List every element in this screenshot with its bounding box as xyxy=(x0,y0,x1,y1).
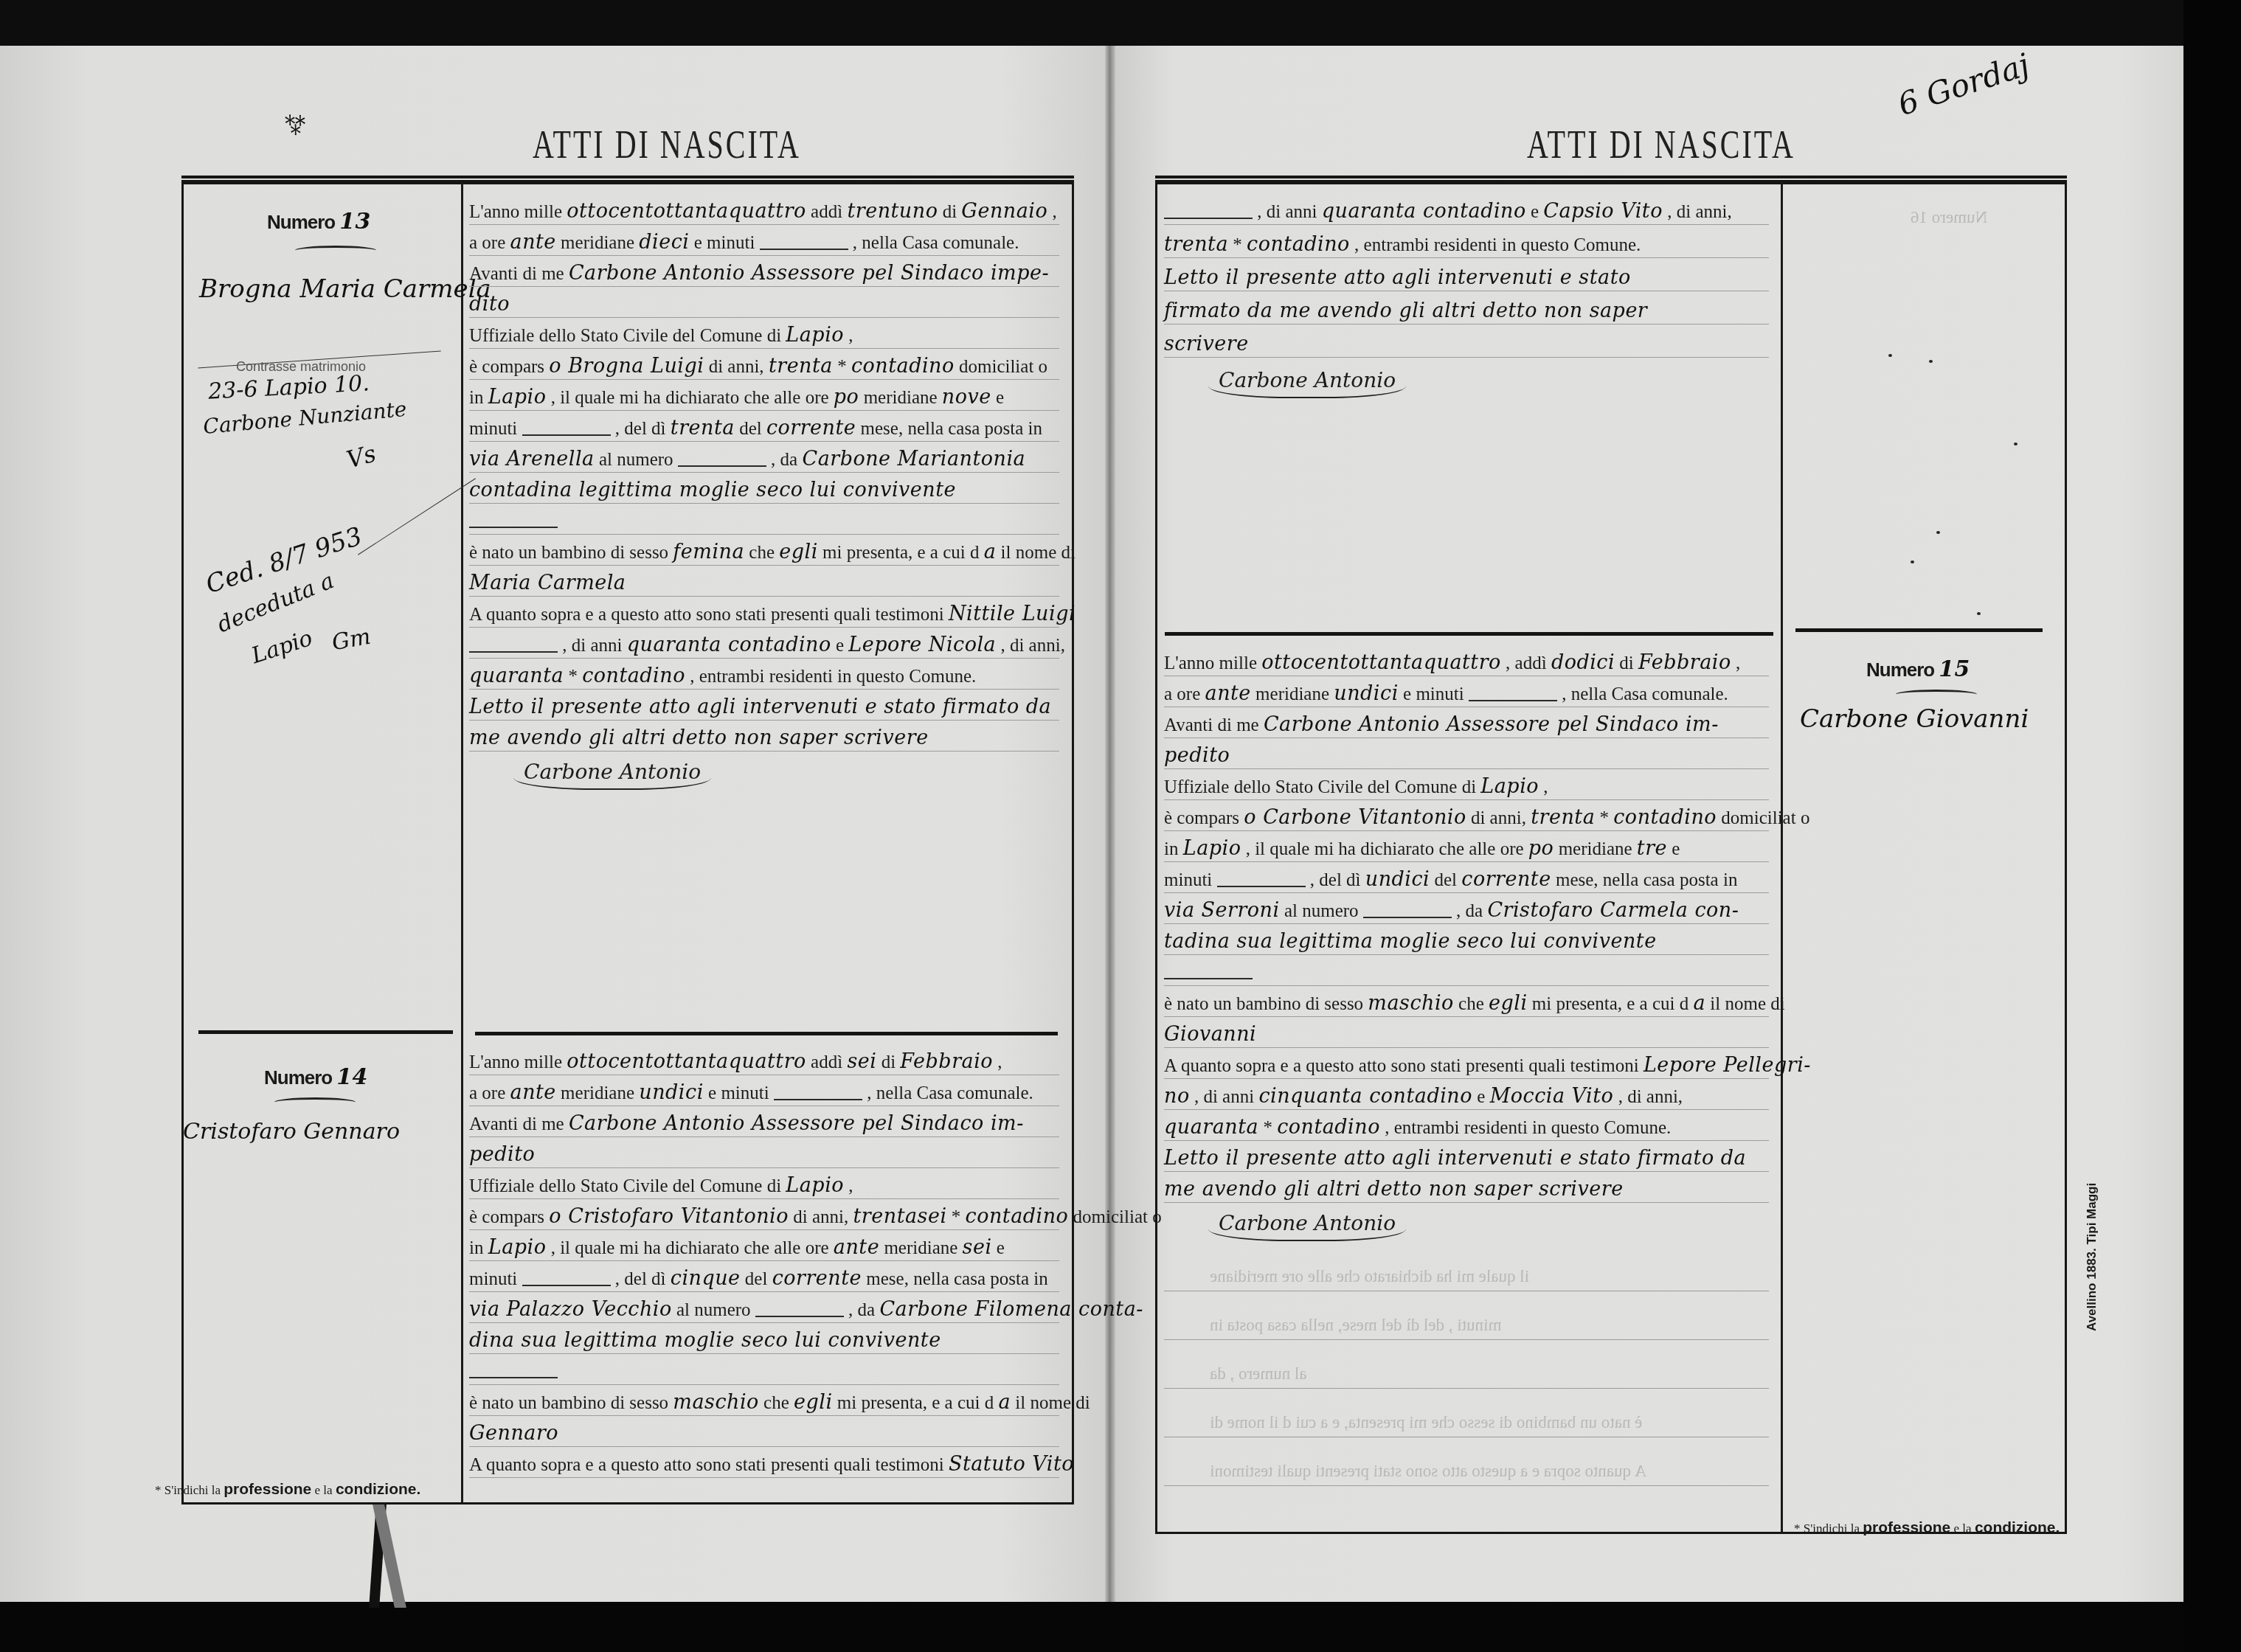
printed-text: mese, nella casa posta in xyxy=(1556,870,1737,890)
form-line: me avendo gli altri detto non saper scri… xyxy=(1164,1179,1624,1201)
printed-text: * xyxy=(952,1207,961,1227)
ruled-line xyxy=(469,1384,1059,1385)
form-line: via Arenella al numero , da Carbone Mari… xyxy=(469,448,1025,471)
handwritten-entry: tre xyxy=(1637,837,1667,860)
printed-text: , xyxy=(848,326,853,346)
handwritten-entry: Letto il presente atto agli intervenuti … xyxy=(469,695,1051,718)
printed-text: e xyxy=(836,636,844,656)
printed-text: meridiane xyxy=(561,233,634,253)
handwritten-entry xyxy=(469,516,558,528)
ruled-line xyxy=(1164,1202,1769,1203)
form-line: a ore ante meridiane undici e minuti , n… xyxy=(1164,683,1728,706)
form-line: a ore ante meridiane undici e minuti , n… xyxy=(469,1082,1033,1105)
form-line: pedito xyxy=(469,1144,535,1167)
handwritten-entry: quaranta contadino xyxy=(1322,200,1526,223)
printer-imprint: Avellino 1883. Tipi Maggi xyxy=(2085,1183,2099,1331)
printed-text: in xyxy=(469,1238,483,1258)
printed-text: è nato un bambino di sesso xyxy=(1164,994,1363,1014)
handwritten-entry: undici xyxy=(1334,682,1398,705)
handwritten-entry xyxy=(678,455,766,467)
printed-text: è compars xyxy=(469,1207,544,1227)
printed-text: di xyxy=(943,202,957,222)
printed-text: , del dì xyxy=(1310,870,1361,890)
printed-text: A quanto sopra e a questo atto sono stat… xyxy=(469,605,944,625)
form-line: in Lapio , il quale mi ha dichiarato che… xyxy=(469,1237,1005,1260)
printed-text: è nato un bambino di sesso xyxy=(469,543,668,563)
printed-text: domiciliat o xyxy=(1073,1207,1162,1227)
printed-text: al numero xyxy=(1284,901,1359,921)
handwritten-entry: ante xyxy=(510,231,556,254)
handwritten-entry: dieci xyxy=(639,231,689,254)
ruled-line xyxy=(1164,1047,1769,1048)
printed-text: , xyxy=(1052,202,1056,222)
ruled-line xyxy=(1164,257,1769,258)
printed-text: , da xyxy=(848,1300,875,1320)
form-line: A quanto sopra e a questo atto sono stat… xyxy=(1164,1055,1811,1077)
form-line: Uffiziale dello Stato Civile del Comune … xyxy=(469,1175,853,1198)
form-line: trenta * contadino , entrambi residenti … xyxy=(1164,234,1641,257)
handwritten-entry: pedito xyxy=(469,1143,535,1166)
handwritten-entry xyxy=(469,641,558,653)
form-line: contadina legittima moglie seco lui conv… xyxy=(469,479,956,502)
handwritten-entry: quaranta xyxy=(1164,1116,1258,1139)
printed-text: , il quale mi ha dichiarato che alle ore xyxy=(551,1238,829,1258)
printed-text: domiciliat o xyxy=(1721,808,1809,828)
form-line: minuti , del dì cinque del corrente mese… xyxy=(469,1268,1048,1291)
handwritten-entry: pedito xyxy=(1164,744,1230,767)
handwritten-entry: undici xyxy=(639,1081,703,1104)
ruled-line xyxy=(1164,1016,1769,1017)
printed-text: e xyxy=(1531,202,1539,222)
handwritten-entry: ottocentottantaquattro xyxy=(1261,651,1501,674)
printed-text: è compars xyxy=(1164,808,1239,828)
officer-signature: Carbone Antonio xyxy=(1208,368,1406,398)
printed-text: meridiane xyxy=(561,1083,634,1103)
printed-text: a ore xyxy=(1164,684,1200,704)
printed-text: a ore xyxy=(469,1083,505,1103)
handwritten-entry: Lepore Pellegri- xyxy=(1643,1054,1811,1077)
form-line: è compars o Brogna Luigi di anni, trenta… xyxy=(469,355,1047,378)
printed-text: Avanti di me xyxy=(469,264,564,284)
ruled-line xyxy=(469,1477,1059,1478)
ruled-line xyxy=(469,658,1059,659)
ruled-line xyxy=(1164,1339,1769,1340)
ruled-line xyxy=(469,255,1059,256)
handwritten-entry: firmato da me avendo gli altri detto non… xyxy=(1164,299,1647,322)
printed-text: il nome di xyxy=(1710,994,1784,1014)
form-line: A quanto sopra e a questo atto sono stat… xyxy=(469,603,1076,626)
form-line: è nato un bambino di sesso femina che eg… xyxy=(469,541,1076,564)
ink-speck xyxy=(1888,354,1892,357)
handwritten-entry: o Brogna Luigi xyxy=(549,355,704,378)
handwritten-entry: maschio xyxy=(673,1391,758,1414)
record-number: Numero14 xyxy=(264,1064,368,1090)
footnote-right: * S'indichi la professione e la condizio… xyxy=(1794,1519,2060,1537)
printed-text: , del dì xyxy=(615,1269,666,1289)
margin-column-divider xyxy=(1781,182,1783,1532)
form-line: Gennaro xyxy=(469,1423,558,1445)
handwritten-entry: Gennaio xyxy=(961,200,1047,223)
printed-text: di anni, xyxy=(793,1207,848,1227)
printed-text: domiciliat o xyxy=(959,357,1047,377)
record-divider xyxy=(475,1032,1058,1035)
form-line: Uffiziale dello Stato Civile del Comune … xyxy=(469,324,853,347)
handwritten-entry: via Serroni xyxy=(1164,899,1280,922)
printed-text: del xyxy=(1435,870,1458,890)
printed-text: meridiane xyxy=(884,1238,957,1258)
ruled-line xyxy=(469,1136,1059,1137)
handwritten-entry: a xyxy=(1694,992,1706,1015)
printed-text: , di anni xyxy=(1194,1087,1254,1107)
handwritten-entry xyxy=(760,238,848,250)
printed-text: A quanto sopra e a questo atto sono stat… xyxy=(1164,1056,1639,1076)
handwritten-entry: Lapio xyxy=(786,1174,844,1197)
ruled-line xyxy=(469,1415,1059,1416)
printed-text: Avanti di me xyxy=(469,1114,564,1134)
scan-border-bottom xyxy=(0,1602,2241,1652)
printed-text: e minuti xyxy=(1403,684,1464,704)
record-divider xyxy=(1165,632,1773,636)
handwritten-entry: Gennaro xyxy=(469,1422,558,1445)
ruled-line xyxy=(469,472,1059,473)
ruled-line xyxy=(469,720,1059,721)
ruled-line xyxy=(1164,676,1769,676)
handwritten-entry: ottocentottantaquattro xyxy=(567,200,806,223)
form-line: me avendo gli altri detto non saper scri… xyxy=(469,727,929,750)
handwritten-entry: dina sua legittima moglie seco lui convi… xyxy=(469,1329,941,1352)
ink-speck xyxy=(1936,531,1940,534)
printed-text: , nella Casa comunale. xyxy=(867,1083,1033,1103)
ink-speck xyxy=(2014,442,2017,445)
handwritten-entry: Carbone Antonio Assessore pel Sindaco im… xyxy=(1264,713,1719,736)
form-line: A quanto sopra e a questo atto sono stat… xyxy=(469,1454,1074,1476)
form-line: è compars o Cristofaro Vitantonio di ann… xyxy=(469,1206,1162,1229)
ruled-line xyxy=(469,286,1059,287)
ruled-line xyxy=(469,534,1059,535)
handwritten-entry: po xyxy=(1528,837,1554,860)
printed-text: e xyxy=(996,388,1004,408)
ruled-line xyxy=(1164,1171,1769,1172)
handwritten-entry xyxy=(522,1274,611,1286)
handwritten-entry: maschio xyxy=(1368,992,1453,1015)
flourish-ornament xyxy=(274,1097,356,1107)
form-line: Avanti di me Carbone Antonio Assessore p… xyxy=(469,263,1049,285)
handwritten-entry: Letto il presente atto agli intervenuti … xyxy=(1164,1147,1746,1170)
handwritten-entry: tadina sua legittima moglie seco lui con… xyxy=(1164,930,1657,953)
handwritten-entry: cinquanta contadino xyxy=(1258,1085,1472,1108)
handwritten-entry: Carbone Filomena conta- xyxy=(879,1298,1143,1321)
footnote-left: * S'indichi la professione e la condizio… xyxy=(155,1481,420,1499)
handwritten-entry: Maria Carmela xyxy=(469,572,626,594)
bleed-through-line: A quanto sopra e a questo atto sono stat… xyxy=(1210,1462,1646,1481)
ruled-line xyxy=(1164,1078,1769,1079)
ruled-line xyxy=(1164,1388,1769,1389)
printed-text: che xyxy=(749,543,775,563)
printed-text: , xyxy=(1736,653,1740,673)
record-number-value: 14 xyxy=(336,1064,368,1090)
ruled-line xyxy=(469,224,1059,225)
form-line: scrivere xyxy=(1164,333,1249,356)
printed-text: del xyxy=(745,1269,768,1289)
form-line: è compars o Carbone Vitantonio di anni, … xyxy=(1164,807,1809,830)
handwritten-entry: trenta xyxy=(1531,806,1595,829)
ruled-line xyxy=(1164,1140,1769,1141)
handwritten-entry: Capsio Vito xyxy=(1543,200,1663,223)
printed-text: , nella Casa comunale. xyxy=(853,233,1019,253)
handwritten-entry xyxy=(1363,906,1452,918)
child-name-margin: Brogna Maria Carmela xyxy=(199,274,491,304)
bleed-through-line: minuti , del dì del mese, nella casa pos… xyxy=(1210,1316,1501,1335)
printed-text: e minuti xyxy=(708,1083,769,1103)
handwritten-entry: scrivere xyxy=(1164,333,1249,355)
form-line: L'anno mille ottocentottantaquattro addì… xyxy=(469,201,1057,223)
form-line: Uffiziale dello Stato Civile del Comune … xyxy=(1164,776,1548,799)
flourish-ornament xyxy=(295,246,376,255)
handwritten-entry xyxy=(1164,968,1253,979)
form-line: in Lapio , il quale mi ha dichiarato che… xyxy=(469,386,1004,409)
officer-signature: Carbone Antonio xyxy=(1208,1211,1406,1241)
printed-text: addì xyxy=(811,202,842,222)
ruled-line xyxy=(469,1229,1059,1230)
printed-text: mi presenta, e a cui d xyxy=(1532,994,1688,1014)
printed-text: e xyxy=(1477,1087,1485,1107)
margin-column-divider xyxy=(461,182,463,1502)
handwritten-entry: Statuto Vito xyxy=(949,1453,1074,1476)
scan-border-right xyxy=(2183,0,2241,1652)
printed-text: , addì xyxy=(1506,653,1547,673)
handwritten-entry: ante xyxy=(834,1236,879,1259)
ruled-line xyxy=(469,1198,1059,1199)
printed-text: addì xyxy=(811,1052,842,1072)
ruled-line xyxy=(469,1260,1059,1261)
handwritten-entry: corrente xyxy=(1461,868,1551,891)
ruled-line xyxy=(469,503,1059,504)
form-line: in Lapio , il quale mi ha dichiarato che… xyxy=(1164,838,1680,861)
ruled-line xyxy=(469,1353,1059,1354)
handwritten-entry: Lapio xyxy=(1183,837,1241,860)
record-divider xyxy=(198,1030,453,1034)
printed-text: meridiane xyxy=(1255,684,1329,704)
printed-text: , di anni xyxy=(1257,202,1317,222)
handwritten-entry: femina xyxy=(673,541,744,563)
printed-text: , xyxy=(848,1176,853,1196)
handwritten-entry: quaranta xyxy=(469,664,564,687)
handwritten-entry: ante xyxy=(510,1081,556,1104)
page-title-right: ATTI DI NASCITA xyxy=(1527,121,1795,167)
form-line xyxy=(469,510,558,532)
handwritten-entry: dodici xyxy=(1551,651,1615,674)
ruled-line xyxy=(1164,954,1769,955)
handwritten-entry: Nittile Luigi xyxy=(949,603,1076,625)
printed-text: al numero xyxy=(676,1300,751,1320)
ink-speck xyxy=(1911,560,1914,563)
form-line: a ore ante meridiane dieci e minuti , ne… xyxy=(469,232,1019,254)
printed-text: , di anni xyxy=(562,636,622,656)
ruled-line xyxy=(469,565,1059,566)
printed-text: , entrambi residenti in questo Comune. xyxy=(690,667,976,687)
flourish-ornament xyxy=(1896,690,1977,699)
printed-text: a ore xyxy=(469,233,505,253)
printed-text: che xyxy=(1458,994,1484,1014)
form-line: Letto il presente atto agli intervenuti … xyxy=(1164,267,1631,290)
form-line: L'anno mille ottocentottantaquattro addì… xyxy=(469,1051,1002,1074)
ruled-line xyxy=(1164,892,1769,893)
form-line: Letto il presente atto agli intervenuti … xyxy=(1164,1148,1746,1170)
handwritten-entry: Lapio xyxy=(488,386,547,409)
printed-text: di xyxy=(1619,653,1633,673)
handwritten-entry: egli xyxy=(779,541,818,563)
handwritten-entry xyxy=(1217,875,1306,887)
handwritten-entry: Lapio xyxy=(1480,775,1539,798)
page-title-left: ATTI DI NASCITA xyxy=(533,121,801,167)
handwritten-entry: ante xyxy=(1205,682,1251,705)
printed-text: mi presenta, e a cui d xyxy=(822,543,979,563)
printed-text: , entrambi residenti in questo Comune. xyxy=(1385,1118,1671,1138)
printed-text: in xyxy=(1164,839,1178,859)
handwritten-entry: me avendo gli altri detto non saper scri… xyxy=(469,726,929,749)
form-line: tadina sua legittima moglie seco lui con… xyxy=(1164,931,1657,954)
handwritten-entry: Lepore Nicola xyxy=(848,634,996,656)
handwritten-entry: sei xyxy=(847,1050,876,1073)
officer-signature: Carbone Antonio xyxy=(513,760,711,790)
handwritten-entry: Cristofaro Carmela con- xyxy=(1487,899,1739,922)
handwritten-entry: trentuno xyxy=(847,200,938,223)
ruled-line xyxy=(1164,923,1769,924)
ruled-line xyxy=(1164,737,1769,738)
printed-text: mese, nella casa posta in xyxy=(866,1269,1047,1289)
ruled-line xyxy=(1164,768,1769,769)
printed-text: mi presenta, e a cui d xyxy=(837,1393,994,1413)
bleed-through-line: al numero , da xyxy=(1210,1364,1307,1384)
printed-text: il nome di xyxy=(1015,1393,1090,1413)
form-line xyxy=(469,1361,558,1383)
child-name-margin: Carbone Giovanni xyxy=(1800,704,2029,734)
handwritten-entry xyxy=(755,1305,844,1317)
form-line: dina sua legittima moglie seco lui convi… xyxy=(469,1330,941,1353)
handwritten-entry: egli xyxy=(1489,992,1528,1015)
record-divider xyxy=(1795,628,2043,632)
form-line: quaranta * contadino , entrambi resident… xyxy=(1164,1117,1671,1139)
printed-text: , di anni, xyxy=(1667,202,1732,222)
printed-text: meridiane xyxy=(1559,839,1632,859)
handwritten-entry: cinque xyxy=(671,1267,741,1290)
record-number: Numero13 xyxy=(267,209,371,235)
printed-text: L'anno mille xyxy=(469,202,562,222)
handwritten-entry: sei xyxy=(963,1236,992,1259)
child-name-margin: Cristofaro Gennaro xyxy=(183,1119,400,1145)
ruled-line xyxy=(1164,224,1769,225)
handwritten-entry: trenta xyxy=(1164,233,1228,256)
printed-text: L'anno mille xyxy=(1164,653,1257,673)
printed-text: è compars xyxy=(469,357,544,377)
handwritten-entry: corrente xyxy=(772,1267,862,1290)
printed-text: , da xyxy=(771,450,797,470)
handwritten-entry: a xyxy=(999,1391,1011,1414)
form-line: Maria Carmela xyxy=(469,572,626,595)
ruled-line xyxy=(1164,861,1769,862)
handwritten-entry: trenta xyxy=(769,355,833,378)
handwritten-entry: Lapio xyxy=(488,1236,547,1259)
printed-text: , xyxy=(1543,777,1548,797)
handwritten-entry: Febbraio xyxy=(1638,651,1731,674)
handwritten-entry: trentasei xyxy=(853,1205,947,1228)
ruled-line xyxy=(469,1167,1059,1168)
printed-text: , nella Casa comunale. xyxy=(1562,684,1728,704)
printed-text: Uffiziale dello Stato Civile del Comune … xyxy=(1164,777,1476,797)
form-line: dito xyxy=(469,294,510,316)
ruled-line xyxy=(1164,799,1769,800)
handwritten-entry: via Palazzo Vecchio xyxy=(469,1298,672,1321)
form-line: no , di anni cinquanta contadino e Mocci… xyxy=(1164,1086,1683,1108)
printed-text: Avanti di me xyxy=(1164,715,1259,735)
form-line: L'anno mille ottocentottantaquattro , ad… xyxy=(1164,652,1740,675)
form-line: Letto il presente atto agli intervenuti … xyxy=(469,696,1051,719)
ruled-line xyxy=(469,627,1059,628)
handwritten-entry: Carbone Antonio Assessore pel Sindaco im… xyxy=(569,262,1049,285)
printed-text: * xyxy=(1263,1118,1272,1138)
bleed-through-line: è nato un bambino di sesso che mi presen… xyxy=(1210,1413,1642,1432)
ruled-line xyxy=(469,1446,1059,1447)
printed-text: , di anni, xyxy=(1000,636,1065,656)
printed-text: e xyxy=(997,1238,1005,1258)
handwritten-entry: undici xyxy=(1365,868,1430,891)
printed-text: minuti xyxy=(1164,870,1212,890)
handwritten-entry: no xyxy=(1164,1085,1190,1108)
ruled-line xyxy=(1164,357,1769,358)
handwritten-entry: nove xyxy=(942,386,991,409)
printed-text: in xyxy=(469,388,483,408)
bleed-through-number: Numero 16 xyxy=(1911,208,1987,227)
handwritten-entry: me avendo gli altri detto non saper scri… xyxy=(1164,1178,1624,1201)
form-line: Giovanni xyxy=(1164,1024,1256,1047)
printed-text: * xyxy=(837,357,847,377)
record-number-value: 15 xyxy=(1939,656,1970,682)
bleed-through-line: il quale mi ha dichiarato che alle ore m… xyxy=(1210,1267,1529,1286)
printed-text: è nato un bambino di sesso xyxy=(469,1393,668,1413)
handwritten-entry xyxy=(469,1367,558,1378)
ruled-line xyxy=(1164,1437,1769,1437)
ruled-line xyxy=(1164,1485,1769,1486)
handwritten-entry: contadina legittima moglie seco lui conv… xyxy=(469,479,956,502)
ruled-line xyxy=(1164,707,1769,707)
book-gutter xyxy=(1105,46,1115,1602)
printed-text: meridiane xyxy=(864,388,938,408)
ruled-line xyxy=(1164,1109,1769,1110)
handwritten-entry: trenta xyxy=(671,417,735,440)
handwritten-entry: Carbone Antonio Assessore pel Sindaco im… xyxy=(569,1112,1024,1135)
ruled-line xyxy=(1164,830,1769,831)
printed-text: * xyxy=(568,667,578,687)
ruled-line xyxy=(1164,324,1769,324)
ruled-line xyxy=(469,410,1059,411)
printed-text: minuti xyxy=(469,419,517,439)
printed-text: , il quale mi ha dichiarato che alle ore xyxy=(1246,839,1524,859)
printed-text: , il quale mi ha dichiarato che alle ore xyxy=(551,388,829,408)
handwritten-entry xyxy=(522,424,611,436)
scan-border-top xyxy=(0,0,2241,46)
handwritten-entry: po xyxy=(834,386,859,409)
record-number-value: 13 xyxy=(339,209,371,235)
printed-text: , di anni, xyxy=(1618,1087,1683,1107)
handwritten-entry: contadino xyxy=(966,1205,1069,1228)
printed-text: , del dì xyxy=(615,419,666,439)
printed-text: * xyxy=(1233,235,1242,255)
handwritten-entry xyxy=(1164,207,1253,219)
handwritten-entry: o Carbone Vitantonio xyxy=(1244,806,1466,829)
form-line: è nato un bambino di sesso maschio che e… xyxy=(469,1392,1090,1415)
form-line: , di anni quaranta contadino e Capsio Vi… xyxy=(1164,201,1732,223)
form-line: via Serroni al numero , da Cristofaro Ca… xyxy=(1164,900,1739,923)
